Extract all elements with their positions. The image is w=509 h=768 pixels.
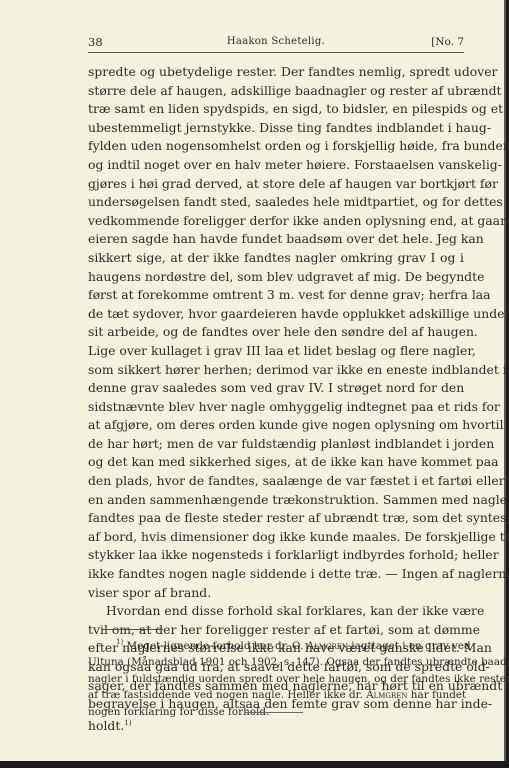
text-line: eieren sagde han havde fundet baadsøm ov…	[88, 230, 464, 249]
text-line: sikkert sige, at der ikke fandtes nagler…	[88, 249, 464, 268]
text-fragment: af træ fastsiddende ved nogen nagle. Hel…	[88, 689, 366, 701]
text-line: en anden sammenhængende trækonstruktion.…	[88, 491, 464, 510]
text-line: gjøres i høi grad derved, at store dele …	[88, 175, 464, 194]
text-line: sit arbeide, og de fandtes over hele den…	[88, 323, 464, 342]
text-line: at afgjøre, om deres orden kunde give no…	[88, 416, 464, 435]
text-fragment: har fundet	[408, 689, 467, 701]
text-line: de har hørt; men de var fuldstændig plan…	[88, 435, 464, 454]
footnote-line: Ultuna (Månadsblad 1901 och 1902, s. 147…	[88, 654, 464, 670]
footnote-line: 1) Meget lignende forhold har dr. O. Alm…	[88, 634, 464, 654]
text-line: de tæt sydover, hvor gaardeieren havde o…	[88, 305, 464, 324]
text-fragment: Meget lignende forhold har dr. O.	[127, 640, 307, 652]
end-of-page-rule	[245, 712, 303, 713]
text-fragment: iagttaget i en grav ved	[348, 640, 471, 652]
text-line: og indtil noget over en halv meter høier…	[88, 156, 464, 175]
text-line: Lige over kullaget i grav III laa et lid…	[88, 342, 464, 361]
text-line: stykker laa ikke nogensteds i forklarlig…	[88, 546, 464, 565]
footnote-line: nagler i fuldstændig uorden spredt over …	[88, 671, 464, 687]
author-name-smallcaps: Almgren	[366, 689, 407, 701]
text-line: fylden uden nogensomhelst orden og i for…	[88, 137, 464, 156]
footnote: 1) Meget lignende forhold har dr. O. Alm…	[88, 634, 464, 720]
text-line: spredte og ubetydelige rester. Der fandt…	[88, 63, 464, 82]
footnote-marker: 1)	[116, 638, 123, 646]
text-line: viser spor af brand.	[88, 584, 464, 603]
text-line: Hvordan end disse forhold skal forklares…	[88, 602, 464, 621]
text-line: først at forekomme omtrent 3 m. vest for…	[88, 286, 464, 305]
text-line: større dele af haugen, adskillige baadna…	[88, 82, 464, 101]
volume-number: [No. 7	[431, 36, 464, 48]
text-line: ikke fandtes nogen nagle siddende i dett…	[88, 565, 464, 584]
running-header: 38 Haakon Schetelig. [No. 7	[88, 34, 464, 53]
paragraph-1: spredte og ubetydelige rester. Der fandt…	[88, 63, 464, 602]
text-line: fandtes paa de fleste steder rester af u…	[88, 509, 464, 528]
text-line: haugens nordøstre del, som blev udgravet…	[88, 268, 464, 287]
running-title-author: Haakon Schetelig.	[88, 36, 464, 47]
text-line: af bord, hvis dimensioner dog ikke kunde…	[88, 528, 464, 547]
author-name-smallcaps: Almgren	[307, 640, 348, 652]
footnote-line: af træ fastsiddende ved nogen nagle. Hel…	[88, 687, 464, 703]
text-line: og det kan med sikkerhed siges, at de ik…	[88, 453, 464, 472]
text-fragment: holdt.	[88, 718, 124, 733]
text-line: ubestemmeligt jernstykke. Disse ting fan…	[88, 119, 464, 138]
text-line: undersøgelsen fandt sted, saaledes hele …	[88, 193, 464, 212]
text-line: vedkommende foreligger derfor ikke anden…	[88, 212, 464, 231]
footnote-separator	[101, 629, 163, 630]
text-line: denne grav saaledes som ved grav IV. I s…	[88, 379, 464, 398]
text-line: den plads, hvor de fandtes, saalænge de …	[88, 472, 464, 491]
text-line: træ samt en liden spydspids, en sigd, to…	[88, 100, 464, 119]
book-page: 38 Haakon Schetelig. [No. 7 spredte og u…	[0, 0, 506, 761]
text-line: som sikkert hører herhen; derimod var ik…	[88, 361, 464, 380]
text-line: sidstnævnte blev hver nagle omhyggelig i…	[88, 398, 464, 417]
